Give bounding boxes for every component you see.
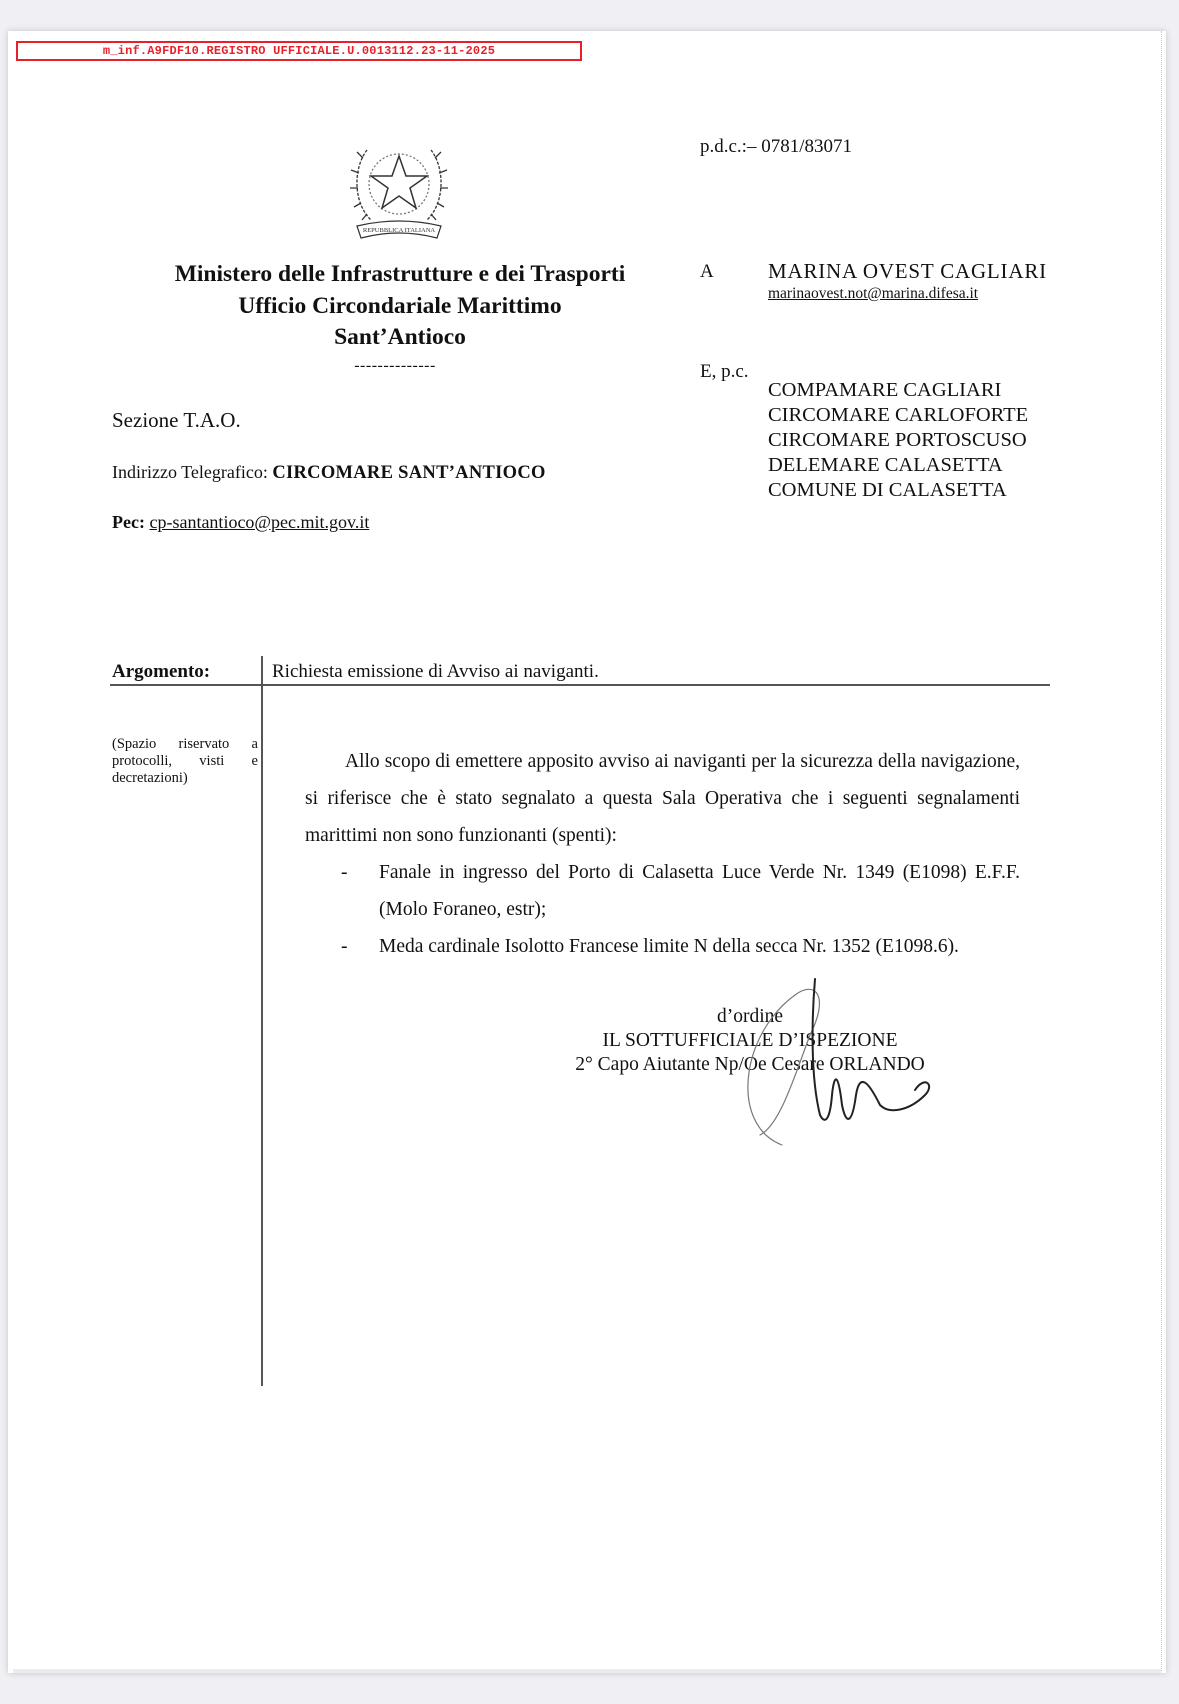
letter-body: Allo scopo di emettere apposito avviso a… <box>305 743 1020 965</box>
list-item-text: Meda cardinale Isolotto Francese limite … <box>379 936 959 957</box>
copy-recipient: CIRCOMARE PORTOSCUSO <box>768 428 1028 453</box>
copy-recipient: COMPAMARE CAGLIARI <box>768 378 1028 403</box>
header-separator: -------------- <box>330 357 460 375</box>
pec-email-link[interactable]: cp-santantioco@pec.mit.gov.it <box>149 512 369 532</box>
subject-label: Argomento: <box>112 661 210 683</box>
copy-recipient: DELEMARE CALASETTA <box>768 453 1028 478</box>
office-location: Sant’Antioco <box>120 322 680 354</box>
bullet-dash: - <box>341 928 348 965</box>
recipient-name: MARINA OVEST CAGLIARI <box>768 259 1047 284</box>
signature-order: d’ordine <box>520 1005 980 1029</box>
list-item: - Fanale in ingresso del Porto di Calase… <box>305 854 1020 928</box>
body-intro: Allo scopo di emettere apposito avviso a… <box>305 743 1020 854</box>
office-name: Ufficio Circondariale Marittimo <box>120 291 680 323</box>
reserved-space-note: (Spazio riservato a protocolli, visti e … <box>112 736 258 787</box>
copy-recipient: CIRCOMARE CARLOFORTE <box>768 403 1028 428</box>
signature-block: d’ordine IL SOTTUFFICIALE D’ISPEZIONE 2°… <box>520 1005 980 1077</box>
margin-column-divider <box>261 656 263 1386</box>
signature-title: IL SOTTUFFICIALE D’ISPEZIONE <box>520 1029 980 1053</box>
copy-recipients-list: COMPAMARE CAGLIARI CIRCOMARE CARLOFORTE … <box>768 378 1028 503</box>
page-bottom-edge <box>13 1669 1161 1673</box>
subject-text: Richiesta emissione di Avviso ai navigan… <box>272 661 599 683</box>
subject-divider <box>110 684 1050 686</box>
sender-section: Sezione T.A.O. <box>112 408 241 433</box>
copy-label: E, p.c. <box>700 361 749 383</box>
list-item: - Meda cardinale Isolotto Francese limit… <box>305 928 1020 965</box>
pec-label: Pec: <box>112 512 145 532</box>
list-item-text: Fanale in ingresso del Porto di Calasett… <box>379 862 1020 920</box>
svg-text:REPUBBLICA ITALIANA: REPUBBLICA ITALIANA <box>363 227 436 234</box>
signature-name: 2° Capo Aiutante Np/Oe Cesare ORLANDO <box>520 1053 980 1077</box>
scan-edge-artifact <box>1161 31 1164 1671</box>
office-header: Ministero delle Infrastrutture e dei Tra… <box>120 259 680 354</box>
copy-recipient: COMUNE DI CALASETTA <box>768 478 1028 503</box>
telegraph-address: Indirizzo Telegrafico: CIRCOMARE SANT’AN… <box>112 462 546 484</box>
italian-republic-emblem-icon: REPUBBLICA ITALIANA <box>345 128 453 248</box>
telegraph-label: Indirizzo Telegrafico: <box>112 462 268 482</box>
recipient-email-link[interactable]: marinaovest.not@marina.difesa.it <box>768 285 978 303</box>
pec-address: Pec: cp-santantioco@pec.mit.gov.it <box>112 512 369 533</box>
telegraph-value: CIRCOMARE SANT’ANTIOCO <box>272 463 545 483</box>
protocol-stamp: m_inf.A9FDF10.REGISTRO UFFICIALE.U.00131… <box>16 41 582 61</box>
contact-pdc: p.d.c.:– 0781/83071 <box>700 136 852 158</box>
bullet-dash: - <box>341 854 348 891</box>
recipient-label: A <box>700 261 714 283</box>
ministry-name: Ministero delle Infrastrutture e dei Tra… <box>120 259 680 291</box>
